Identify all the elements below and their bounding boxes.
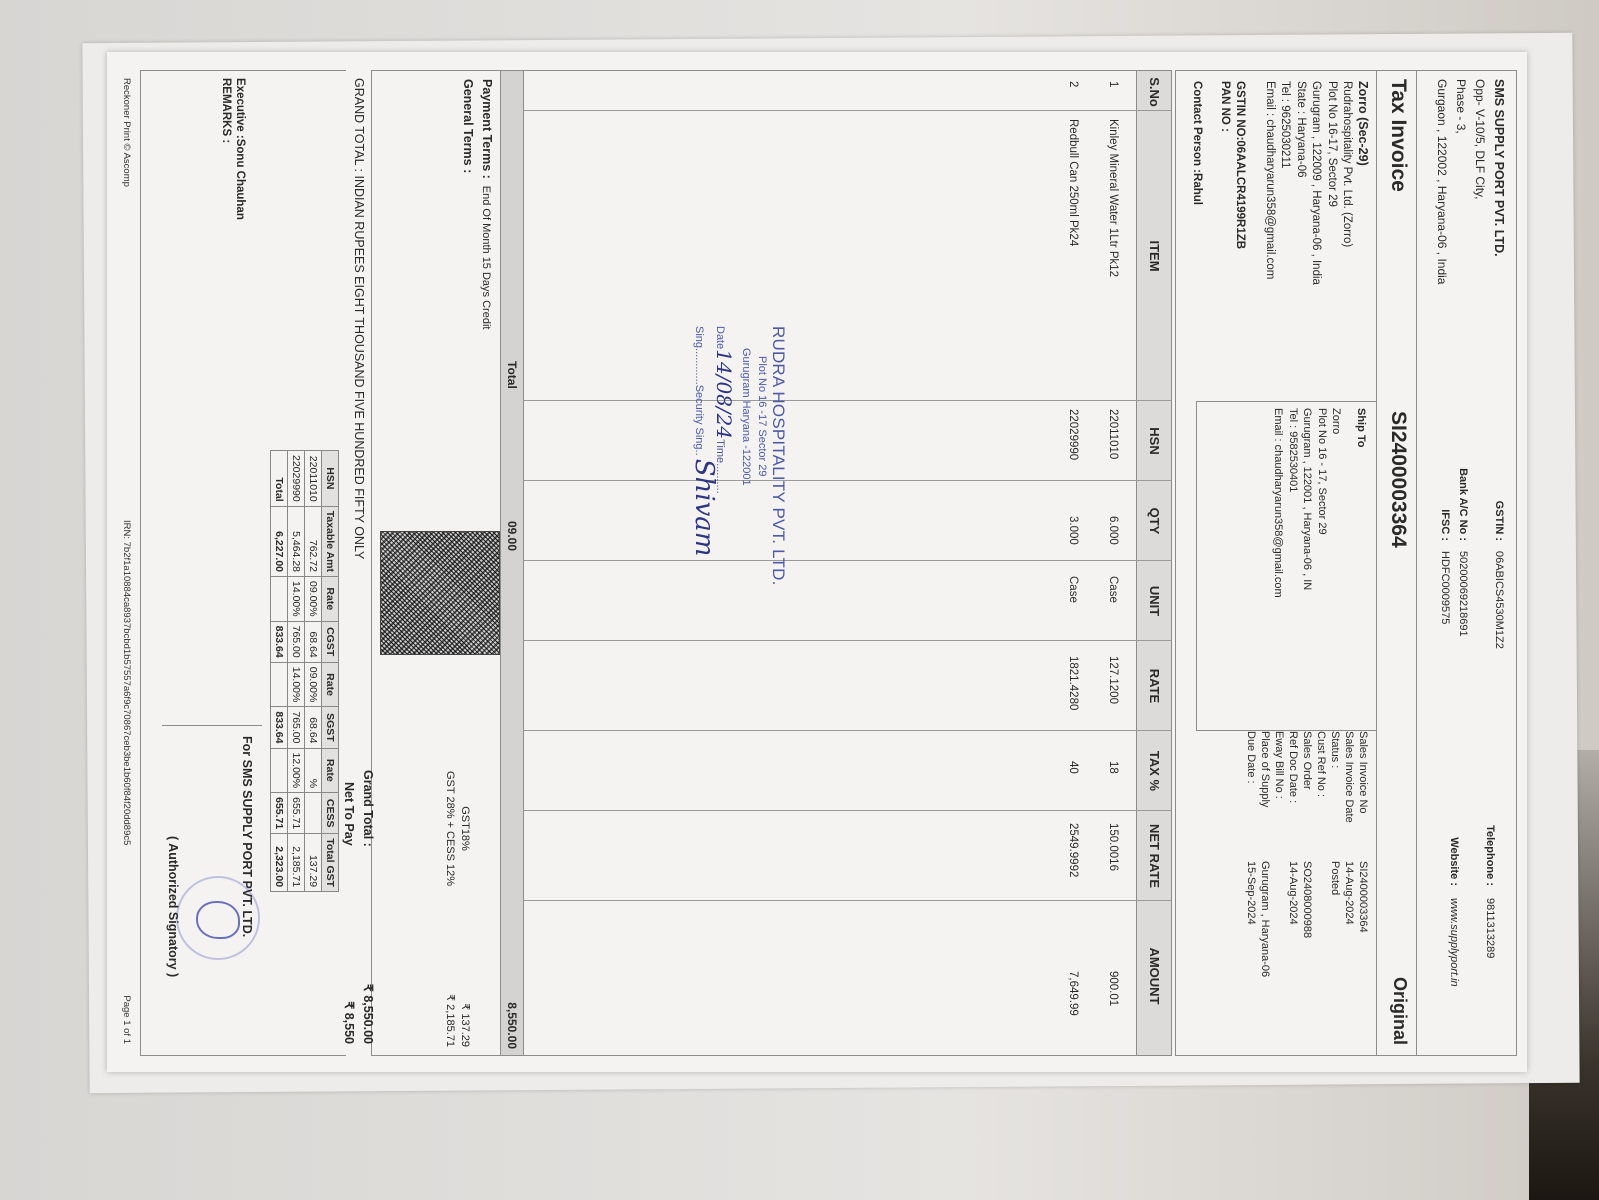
terms-section: Payment Terms : End Of Month 15 Days Cre…: [371, 70, 502, 1056]
tax-header: Total GST: [322, 834, 339, 892]
stamp-security-label: Security Sing: [693, 385, 705, 450]
cell-amount: 900.01: [1107, 971, 1119, 1006]
cell-rate: 127.1200: [1107, 656, 1119, 704]
tax-cell: Total: [271, 451, 288, 507]
cell-tax: 18: [1107, 761, 1119, 774]
meta-label: Sales Invoice Date: [1342, 731, 1356, 861]
meta-value: Gurugram , Haryana-06: [1259, 861, 1271, 977]
tax-cell: 137.29: [305, 834, 322, 892]
amount-in-words: GRAND TOTAL : INDIAN RUPEES EIGHT THOUSA…: [346, 70, 372, 1054]
tax-row: 220299905,464.2814.00%765.0014.00%765.00…: [288, 451, 305, 892]
ship-to-email: Email : chaudharyarun358@gmail.com: [1271, 408, 1286, 724]
tax-cell: [305, 793, 322, 834]
telephone-label: Telephone :: [1472, 791, 1508, 886]
seller-name: SMS SUPPLY PORT PVT. LTD.: [1489, 79, 1508, 284]
meta-value: 14-Aug-2024: [1343, 861, 1355, 925]
tax-cell: 09.00%: [305, 662, 322, 707]
header-rate: RATE: [1147, 641, 1162, 731]
tax-cell: 765.00: [288, 621, 305, 662]
meta-value: SI2400003364: [1357, 861, 1369, 933]
bill-to-line3: Gurugram , 122009 , Haryana-06 , India: [1308, 81, 1324, 285]
cell-sno: 1: [1107, 81, 1119, 87]
cell-hsn: 22011010: [1107, 409, 1119, 459]
meta-row: Sales Invoice Date14-Aug-2024: [1342, 731, 1356, 977]
bill-to-pan: PAN NO :: [1217, 81, 1233, 285]
gst28-label: GST 28% + CESS 12%: [442, 771, 457, 886]
tax-cell: [271, 577, 288, 622]
tax-row: Total6,227.00833.64833.64655.712,323.00: [271, 451, 288, 892]
total-qty: 09.00: [505, 521, 519, 551]
tax-cell: %: [305, 748, 322, 793]
footer-page: Page 1 of 1: [121, 995, 132, 1044]
meta-label: Place of Supply: [1258, 731, 1272, 861]
meta-label: Ref Doc Date :: [1286, 731, 1300, 861]
total-label: Total: [505, 361, 519, 389]
cell-tax: 40: [1067, 761, 1079, 774]
total-amount: 8,550.00: [505, 1002, 519, 1049]
copy-label: Original: [1389, 977, 1410, 1045]
meta-row: Cust Ref No :: [1314, 731, 1328, 977]
tax-cell: 09.00%: [305, 577, 322, 622]
cell-item: Redbull Can 250ml Pk24: [1067, 119, 1079, 246]
tax-cell: 14.00%: [288, 662, 305, 707]
bill-to-gstin: GSTIN NO:06AALCR4199R1ZB: [1232, 81, 1248, 285]
stamp-date-label: Date: [714, 326, 726, 349]
bill-to-email: Email : chaudharyarun358@gmail.com: [1262, 81, 1278, 285]
meta-row: Sales Invoice NoSI2400003364: [1356, 731, 1370, 977]
executive-block: Executive :Sonu Chauhan REMARKS :: [219, 78, 247, 220]
gst18-label: GST18%: [457, 771, 472, 886]
ship-to-line1: Plot No 16 - 17, Sector 29: [1315, 408, 1330, 724]
tax-header: Rate: [322, 662, 339, 707]
stamp-address-2: Gurugram Haryana -122001: [738, 326, 754, 586]
cell-sno: 2: [1067, 81, 1079, 87]
cell-amount: 7,649.99: [1067, 971, 1079, 1016]
bill-to-name: Zorro (Sec-29): [1355, 81, 1371, 285]
tax-cell: 833.64: [271, 707, 288, 748]
title-bar: Tax Invoice SI2400003364 Original: [1376, 70, 1417, 1056]
ship-to-label: Ship To: [1354, 408, 1369, 724]
signatory-block: For SMS SUPPLY PORT PVT. LTD. ( Authoriz…: [162, 725, 262, 1056]
meta-label: Cust Ref No :: [1314, 731, 1328, 861]
doc-type: Tax Invoice: [1386, 79, 1410, 192]
tax-cell: 2,323.00: [271, 834, 288, 892]
seller-address-1: Opp- V-10/5, DLF City,: [1470, 79, 1489, 284]
bill-to-line1: Rudrahospitality Pvt. Ltd. (Zorro): [1339, 81, 1355, 285]
invoice-page: SMS SUPPLY PORT PVT. LTD. Opp- V-10/5, D…: [107, 52, 1527, 1072]
stamp-sing-label: Sing: [693, 326, 705, 348]
tax-cell: [271, 748, 288, 793]
tax-header: Rate: [322, 748, 339, 793]
tax-cell: 14.00%: [288, 577, 305, 622]
tax-cell: 68.64: [305, 707, 322, 748]
tax-header: CGST: [322, 621, 339, 662]
header-hsn: HSN: [1147, 401, 1162, 481]
cell-net-rate: 150.0016: [1107, 823, 1119, 871]
ifsc-code: HDFC0009575: [1439, 551, 1451, 624]
bill-to-line2: Plot No 16-17, Sector 29: [1324, 81, 1340, 285]
items-total-row: Total 09.00 8,550.00: [501, 71, 524, 1055]
stamp-address-1: Plot No 16 -17 Sector 29: [754, 326, 770, 586]
meta-value: Posted: [1329, 861, 1341, 895]
tax-cell: 2,185.71: [288, 834, 305, 892]
tax-cell: 22029990: [288, 451, 305, 507]
meta-row: Status :Posted: [1328, 731, 1342, 977]
website: www.supplyport.in: [1448, 898, 1460, 987]
invoice-meta: Sales Invoice NoSI2400003364Sales Invoic…: [1244, 731, 1370, 977]
items-table: S.No ITEM HSN QTY UNIT RATE TAX % NET RA…: [500, 70, 1172, 1056]
qr-code: [380, 531, 500, 655]
meta-value: 15-Sep-2024: [1245, 861, 1257, 925]
cell-rate: 1821.4280: [1067, 656, 1079, 710]
signature-mark: [196, 901, 240, 939]
header-sno: S.No: [1147, 75, 1162, 109]
tax-cell: 22011010: [305, 451, 322, 507]
bank-account: 50200069218691: [1457, 551, 1469, 637]
meta-label: Sales Order: [1300, 731, 1314, 861]
footer-irn: IRN: 7b2f1a10884ca8937bcbd1b57557a6f9c70…: [121, 520, 132, 845]
tax-cell: [271, 662, 288, 707]
cell-item: Kinley Mineral Water 1Ltr Pk12: [1107, 119, 1119, 277]
tax-header: Taxable Amt: [322, 506, 339, 576]
ifsc-label: IFSC :: [1436, 421, 1454, 541]
tax-header: HSN: [322, 451, 339, 507]
meta-row: Place of SupplyGurugram , Haryana-06: [1258, 731, 1272, 977]
tax-cell: 762.72: [305, 506, 322, 576]
seller-address-3: Gurgaon , 122002 , Haryana-06 , India: [1432, 79, 1451, 284]
seller-gstin: 06ABICS4530M1Z2: [1493, 551, 1505, 649]
header-net-rate: NET RATE: [1147, 811, 1162, 901]
meta-row: Sales OrderSO2408000988: [1300, 731, 1314, 977]
meta-label: Status :: [1328, 731, 1342, 861]
bill-to: Zorro (Sec-29) Rudrahospitality Pvt. Ltd…: [1189, 81, 1370, 285]
cell-net-rate: 2549.9992: [1067, 823, 1079, 877]
footer-software: Reckoner Print © Ascomp: [121, 78, 132, 187]
cell-qty: 6.000: [1107, 516, 1119, 545]
tax-cell: 12.00%: [288, 748, 305, 793]
meta-value: SO2408000988: [1301, 861, 1313, 938]
payment-terms-label: Payment Terms :: [480, 79, 494, 179]
cell-unit: Case: [1107, 576, 1119, 603]
tax-cell: 6,227.00: [271, 506, 288, 576]
bill-to-tel: Tel : 9625030211: [1277, 81, 1293, 285]
invoice-number: SI2400003364: [1386, 411, 1410, 548]
cell-qty: 3.000: [1067, 516, 1079, 545]
ship-to-line2: Gurugram , 122001 , Haryana-06 , IN: [1300, 408, 1315, 724]
ship-to-name: Zorro: [1329, 408, 1344, 724]
seller-address-2: Phase - 3,: [1451, 79, 1470, 284]
meta-row: Eway Bill No :: [1272, 731, 1286, 977]
authorized-signatory: ( Authorized Signatory ): [166, 836, 180, 977]
tax-header: CESS: [322, 793, 339, 834]
ship-to: Ship To Zorro Plot No 16 - 17, Sector 29…: [1196, 401, 1376, 731]
amount-in-words-text: GRAND TOTAL : INDIAN RUPEES EIGHT THOUSA…: [352, 78, 366, 559]
header-tax: TAX %: [1147, 731, 1162, 811]
tax-header: SGST: [322, 707, 339, 748]
for-company: For SMS SUPPLY PORT PVT. LTD.: [240, 736, 254, 937]
tax-cell: 5,464.28: [288, 506, 305, 576]
tax-cell: 68.64: [305, 621, 322, 662]
header-qty: QTY: [1147, 481, 1162, 561]
meta-label: Eway Bill No :: [1272, 731, 1286, 861]
payment-terms-value: End Of Month 15 Days Credit: [480, 186, 492, 330]
bill-to-state: State : Haryana-06: [1293, 81, 1309, 285]
gst28-amount: ₹ 2,185.71: [442, 994, 457, 1047]
tax-cell: 765.00: [288, 707, 305, 748]
grand-total-label: Grand Total :: [358, 770, 377, 847]
cell-hsn: 22029990: [1067, 409, 1079, 460]
meta-row: Ref Doc Date :14-Aug-2024: [1286, 731, 1300, 977]
tax-row: 22011010762.7209.00%68.6409.00%68.64%137…: [305, 451, 322, 892]
header-amount: AMOUNT: [1147, 901, 1162, 1051]
contact-person: Contact Person :Rahul: [1189, 81, 1205, 285]
meta-label: Due Date :: [1244, 731, 1258, 861]
parties-section: Zorro (Sec-29) Rudrahospitality Pvt. Ltd…: [1175, 70, 1377, 1056]
table-row: 1Kinley Mineral Water 1Ltr Pk12220110106…: [1091, 71, 1127, 1055]
remarks-label: REMARKS :: [219, 78, 233, 220]
stamp-date-value: 14/08/24: [712, 349, 736, 439]
seller-header: SMS SUPPLY PORT PVT. LTD. Opp- V-10/5, D…: [1416, 70, 1517, 1056]
tax-header: Rate: [322, 577, 339, 622]
header-item: ITEM: [1147, 111, 1162, 401]
tax-cell: 655.71: [271, 793, 288, 834]
gstin-label: GSTIN :: [1490, 421, 1508, 541]
meta-label: Sales Invoice No: [1356, 731, 1370, 861]
tax-cell: 655.71: [288, 793, 305, 834]
table-row: 2Redbull Can 250ml Pk24220299903.000Case…: [1051, 71, 1087, 1055]
general-terms-label: General Terms :: [459, 79, 477, 329]
cell-unit: Case: [1067, 576, 1079, 603]
stamp-company: RUDRA HOSPITALITY PVT. LTD.: [770, 326, 786, 586]
grand-total-value: ₹ 8,550.00: [358, 984, 377, 1044]
ship-to-tel: Tel : 9582530401: [1286, 408, 1301, 724]
bank-label: Bank A/C No :: [1454, 421, 1472, 541]
executive-name: Executive :Sonu Chauhan: [233, 78, 247, 220]
tax-summary-table: HSNTaxable AmtRateCGSTRateSGSTRateCESSTo…: [270, 450, 339, 892]
meta-value: 14-Aug-2024: [1287, 861, 1299, 925]
gst18-amount: ₹ 137.29: [457, 994, 472, 1047]
receipt-stamp: RUDRA HOSPITALITY PVT. LTD. Plot No 16 -…: [691, 326, 786, 586]
header-unit: UNIT: [1147, 561, 1162, 641]
handwritten-signature: Shivam: [689, 459, 719, 557]
website-label: Website :: [1436, 791, 1472, 886]
telephone: 9811313289: [1484, 898, 1496, 958]
tax-cell: 833.64: [271, 621, 288, 662]
meta-row: Due Date :15-Sep-2024: [1244, 731, 1258, 977]
